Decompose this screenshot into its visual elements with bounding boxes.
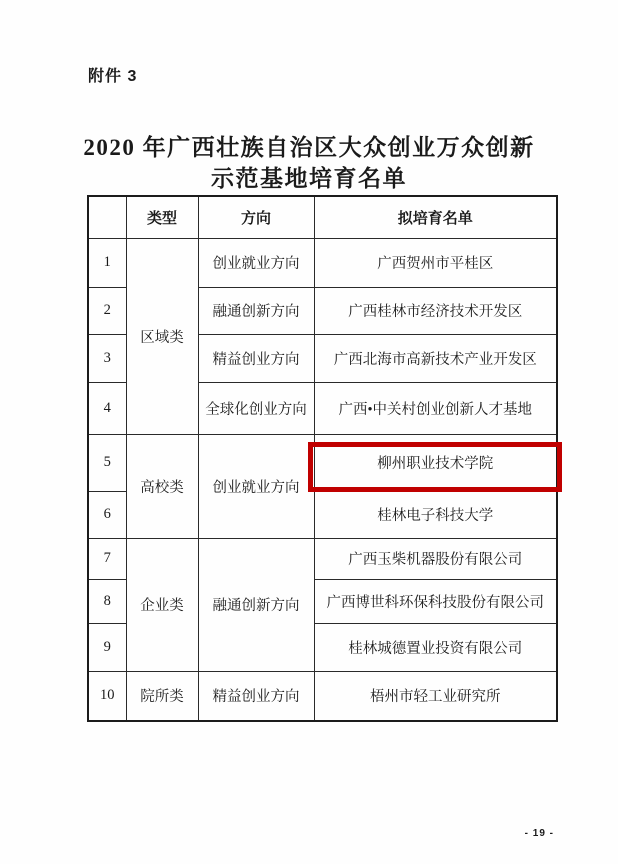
table-header-row: 类型 方向 拟培育名单 — [88, 196, 557, 238]
direction-cell: 全球化创业方向 — [198, 382, 314, 434]
row-num: 6 — [88, 491, 126, 538]
category-cell: 企业类 — [126, 538, 198, 671]
direction-cell: 精益创业方向 — [198, 671, 314, 721]
header-direction: 方向 — [198, 196, 314, 238]
name-cell: 广西玉柴机器股份有限公司 — [314, 538, 557, 579]
document-title: 2020 年广西壮族自治区大众创业万众创新 示范基地培育名单 — [0, 132, 618, 194]
header-index — [88, 196, 126, 238]
document-title-line1: 2020 年广西壮族自治区大众创业万众创新 — [0, 132, 618, 163]
name-cell: 桂林电子科技大学 — [314, 491, 557, 538]
name-cell: 梧州市轻工业研究所 — [314, 671, 557, 721]
row-num: 2 — [88, 287, 126, 334]
page-number: - 19 - — [525, 828, 554, 839]
name-cell: 广西•中关村创业创新人才基地 — [314, 382, 557, 434]
document-page: 附件 3 2020 年广西壮族自治区大众创业万众创新 示范基地培育名单 类型 方… — [0, 0, 618, 864]
header-category: 类型 — [126, 196, 198, 238]
direction-cell: 创业就业方向 — [198, 434, 314, 538]
row-num: 7 — [88, 538, 126, 579]
row-num: 1 — [88, 238, 126, 287]
row-num: 10 — [88, 671, 126, 721]
row-num: 9 — [88, 623, 126, 671]
name-cell: 桂林城德置业投资有限公司 — [314, 623, 557, 671]
name-cell-highlighted: 柳州职业技术学院 — [314, 434, 557, 491]
document-title-line2: 示范基地培育名单 — [0, 163, 618, 194]
direction-cell: 创业就业方向 — [198, 238, 314, 287]
table-row: 7 企业类 融通创新方向 广西玉柴机器股份有限公司 — [88, 538, 557, 579]
row-num: 5 — [88, 434, 126, 491]
row-num: 4 — [88, 382, 126, 434]
cultivation-list-table: 类型 方向 拟培育名单 1 区域类 创业就业方向 广西贺州市平桂区 2 融通创新… — [87, 195, 558, 722]
name-cell: 广西桂林市经济技术开发区 — [314, 287, 557, 334]
name-cell: 广西贺州市平桂区 — [314, 238, 557, 287]
category-cell: 院所类 — [126, 671, 198, 721]
direction-cell: 融通创新方向 — [198, 287, 314, 334]
category-cell: 高校类 — [126, 434, 198, 538]
table-row: 5 高校类 创业就业方向 柳州职业技术学院 — [88, 434, 557, 491]
table-row: 10 院所类 精益创业方向 梧州市轻工业研究所 — [88, 671, 557, 721]
header-name: 拟培育名单 — [314, 196, 557, 238]
name-cell: 广西博世科环保科技股份有限公司 — [314, 579, 557, 623]
name-cell: 广西北海市高新技术产业开发区 — [314, 334, 557, 382]
category-cell: 区域类 — [126, 238, 198, 434]
row-num: 3 — [88, 334, 126, 382]
attachment-label: 附件 3 — [88, 63, 137, 86]
direction-cell: 融通创新方向 — [198, 538, 314, 671]
direction-cell: 精益创业方向 — [198, 334, 314, 382]
table-row: 1 区域类 创业就业方向 广西贺州市平桂区 — [88, 238, 557, 287]
row-num: 8 — [88, 579, 126, 623]
